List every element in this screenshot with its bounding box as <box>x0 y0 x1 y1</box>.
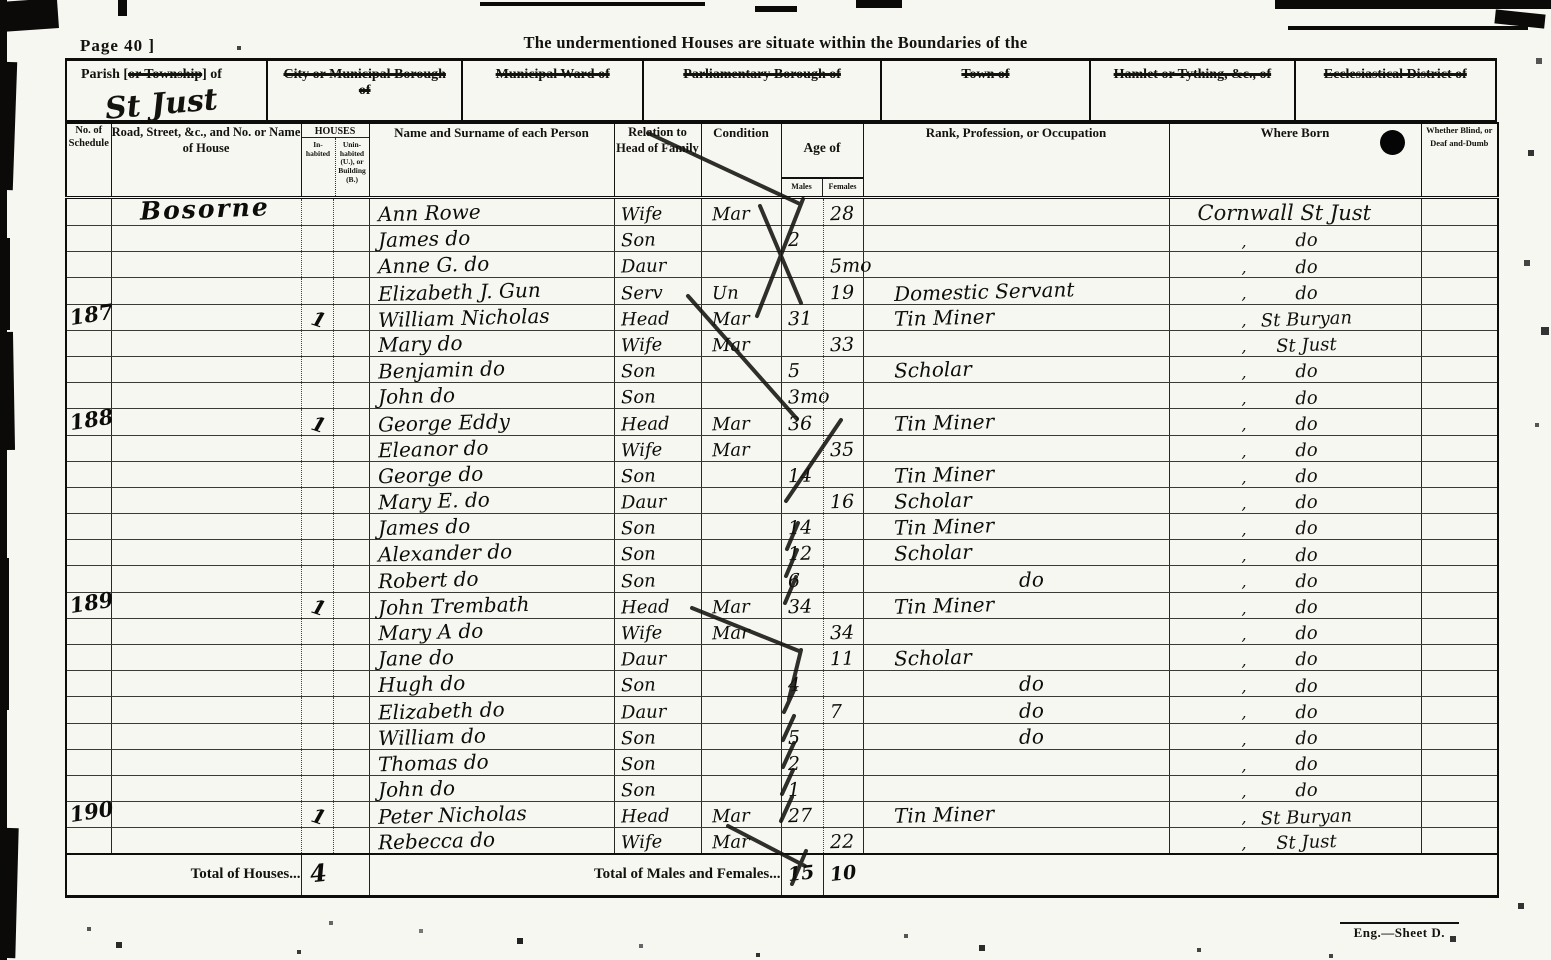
relation-text: Son <box>614 572 655 591</box>
schedule-cell <box>66 330 111 356</box>
inhabited-cell <box>301 749 333 775</box>
relation-text: Daur <box>614 493 666 512</box>
occupation-text: Scholar <box>863 542 971 565</box>
born-cell: ,do <box>1169 697 1421 723</box>
totals-empty-cell <box>66 854 111 896</box>
census-table: No. of Schedule Road, Street, &c., and N… <box>65 122 1499 898</box>
name-text: Benjamin do <box>369 358 504 382</box>
schedule-cell <box>66 514 111 540</box>
born-cell: ,St Buryan <box>1169 304 1421 330</box>
born-text: do <box>1246 413 1366 437</box>
relation-cell: Son <box>614 461 701 487</box>
uninhabited-cell <box>333 802 369 828</box>
born-text: St Just <box>1246 831 1366 855</box>
occupation-cell <box>863 775 1169 801</box>
condition-cell <box>701 723 781 749</box>
parliamentary-borough-label: Parliamentary Borough of <box>683 67 841 82</box>
born-text: do <box>1246 229 1366 253</box>
name-text: George do <box>369 463 483 486</box>
col-header-blind-deaf: Whether Blind, or Deaf and-Dumb <box>1421 123 1498 198</box>
col-header-condition: Condition <box>701 123 781 198</box>
blind-cell <box>1421 566 1498 592</box>
age-male-text: 36 <box>781 414 812 434</box>
occupation-cell <box>863 383 1169 409</box>
relation-text: Head <box>614 808 669 827</box>
uninhabited-cell <box>333 226 369 252</box>
blind-cell <box>1421 278 1498 304</box>
age-male-cell <box>781 252 823 278</box>
condition-cell <box>701 356 781 382</box>
born-text: do <box>1246 544 1366 568</box>
uninhabited-cell <box>333 330 369 356</box>
condition-cell: Mar <box>701 618 781 644</box>
occupation-cell: Tin Miner <box>863 592 1169 618</box>
road-cell <box>111 304 301 330</box>
blind-cell <box>1421 697 1498 723</box>
age-female-cell <box>823 409 863 435</box>
occupation-text: Tin Miner <box>863 411 994 434</box>
name-text: Elizabeth do <box>369 699 504 723</box>
occupation-text: do <box>988 569 1043 590</box>
table-row: John doSon1,do <box>66 775 1498 801</box>
age-female-cell <box>823 461 863 487</box>
condition-text: Mar <box>701 808 749 827</box>
age-female-cell: 19 <box>823 278 863 304</box>
born-cell: ,do <box>1169 487 1421 513</box>
scan-artifact <box>856 0 902 8</box>
uninhabited-cell <box>333 409 369 435</box>
col-header-schedule: No. of Schedule <box>66 123 111 198</box>
road-cell <box>111 356 301 382</box>
table-row: Elizabeth J. GunServUn19Domestic Servant… <box>66 278 1498 304</box>
parish-label-struck: or Township <box>128 67 202 82</box>
col-header-houses-group: HOUSES In-habited Unin-habited (U.), or … <box>301 123 369 198</box>
born-cell: ,do <box>1169 409 1421 435</box>
condition-text: Mar <box>701 205 749 224</box>
col-header-occupation: Rank, Profession, or Occupation <box>863 123 1169 198</box>
road-cell <box>111 540 301 566</box>
uninhabited-cell <box>333 383 369 409</box>
name-cell: George do <box>369 461 614 487</box>
born-cell: Cornwall St Just <box>1169 198 1421 226</box>
relation-text: Son <box>614 546 655 565</box>
inhabited-cell <box>301 252 333 278</box>
age-female-cell: 16 <box>823 487 863 513</box>
table-row: Thomas doSon2,do <box>66 749 1498 775</box>
table-row: Hugh doSon4do,do <box>66 671 1498 697</box>
census-sheet: Page 40 ] The undermentioned Houses are … <box>0 0 1551 960</box>
condition-cell <box>701 252 781 278</box>
born-cell: ,do <box>1169 540 1421 566</box>
uninhabited-cell <box>333 487 369 513</box>
relation-cell: Son <box>614 356 701 382</box>
occupation-text: Domestic Servant <box>863 279 1074 305</box>
age-male-text: 14 <box>781 519 812 539</box>
inhabited-cell: 1 <box>301 802 333 828</box>
scan-artifact <box>0 238 10 330</box>
occupation-cell: do <box>863 723 1169 749</box>
inhabited-cell <box>301 723 333 749</box>
inhabited-cell: 1 <box>301 304 333 330</box>
name-text: James do <box>369 228 470 251</box>
condition-cell <box>701 566 781 592</box>
relation-text: Daur <box>614 703 666 722</box>
schedule-text: 188 <box>65 405 115 433</box>
road-cell <box>111 409 301 435</box>
occupation-cell: Scholar <box>863 356 1169 382</box>
uninhabited-cell <box>333 304 369 330</box>
age-male-text: 1 <box>781 781 800 800</box>
table-row: John doSon3mo,do <box>66 383 1498 409</box>
condition-cell: Mar <box>701 828 781 854</box>
age-male-text: 27 <box>781 807 812 827</box>
relation-cell: Head <box>614 304 701 330</box>
relation-text: Son <box>614 782 655 801</box>
road-cell <box>111 435 301 461</box>
parliamentary-borough-cell: Parliamentary Borough of <box>642 61 879 120</box>
uninhabited-cell <box>333 356 369 382</box>
born-text: do <box>1246 386 1366 410</box>
name-cell: Mary E. do <box>369 487 614 513</box>
relation-cell: Head <box>614 802 701 828</box>
occupation-text: Tin Miner <box>863 516 994 539</box>
road-cell <box>111 697 301 723</box>
sheet-heading: The undermentioned Houses are situate wi… <box>0 33 1551 53</box>
age-female-cell <box>823 802 863 828</box>
census-rows: BosorneAnn RoweWifeMar28Cornwall St Just… <box>66 198 1498 855</box>
total-males-value: 15 <box>781 854 823 896</box>
schedule-cell: 190 <box>66 802 111 828</box>
condition-text: Mar <box>701 598 749 617</box>
born-cell: ,do <box>1169 252 1421 278</box>
occupation-cell: Domestic Servant <box>863 278 1169 304</box>
age-male-cell <box>781 435 823 461</box>
blind-cell <box>1421 749 1498 775</box>
blind-cell <box>1421 723 1498 749</box>
relation-cell: Daur <box>614 487 701 513</box>
born-cell: ,do <box>1169 356 1421 382</box>
occupation-cell: Scholar <box>863 487 1169 513</box>
born-cell: ,do <box>1169 775 1421 801</box>
age-male-text: 6 <box>781 571 800 590</box>
condition-cell <box>701 383 781 409</box>
age-male-cell <box>781 278 823 304</box>
condition-cell: Mar <box>701 409 781 435</box>
schedule-cell <box>66 461 111 487</box>
blind-cell <box>1421 828 1498 854</box>
table-row: William doSon5do,do <box>66 723 1498 749</box>
road-cell <box>111 723 301 749</box>
inhabited-cell <box>301 697 333 723</box>
schedule-text: 189 <box>65 588 115 616</box>
age-male-cell <box>781 487 823 513</box>
occupation-text: do <box>988 674 1043 695</box>
relation-cell: Serv <box>614 278 701 304</box>
road-cell <box>111 383 301 409</box>
relation-cell: Son <box>614 566 701 592</box>
inhabited-cell <box>301 540 333 566</box>
name-text: James do <box>369 516 470 539</box>
schedule-cell <box>66 435 111 461</box>
age-female-text: 22 <box>823 833 854 853</box>
age-male-cell: 14 <box>781 461 823 487</box>
condition-text: Mar <box>701 415 749 434</box>
name-text: Hugh do <box>369 673 465 695</box>
name-cell: Elizabeth do <box>369 697 614 723</box>
totals-empty-cell <box>1169 854 1421 896</box>
name-text: George Eddy <box>369 411 509 435</box>
occupation-cell: Tin Miner <box>863 461 1169 487</box>
born-cell: ,do <box>1169 671 1421 697</box>
schedule-cell <box>66 252 111 278</box>
column-headers: No. of Schedule Road, Street, &c., and N… <box>66 123 1498 198</box>
road-cell <box>111 618 301 644</box>
uninhabited-cell <box>333 671 369 697</box>
name-cell: Peter Nicholas <box>369 802 614 828</box>
age-female-text: 7 <box>823 702 842 721</box>
road-cell <box>111 514 301 540</box>
age-male-cell: 1 <box>781 775 823 801</box>
town-label: Town of <box>961 67 1009 82</box>
blind-cell <box>1421 592 1498 618</box>
age-male-cell: 27 <box>781 802 823 828</box>
blind-cell <box>1421 304 1498 330</box>
born-text: do <box>1246 675 1366 699</box>
inhabited-text: 1 <box>299 409 328 435</box>
road-cell <box>111 278 301 304</box>
age-female-cell <box>823 775 863 801</box>
table-row: Eleanor doWifeMar35,do <box>66 435 1498 461</box>
relation-cell: Wife <box>614 330 701 356</box>
relation-text: Wife <box>614 205 662 224</box>
age-female-cell: 5mo <box>823 252 863 278</box>
born-text: do <box>1246 622 1366 646</box>
road-cell <box>111 828 301 854</box>
name-cell: Thomas do <box>369 749 614 775</box>
road-cell <box>111 802 301 828</box>
inhabited-cell <box>301 828 333 854</box>
age-female-cell <box>823 749 863 775</box>
relation-cell: Son <box>614 723 701 749</box>
table-row: Alexander doSon12Scholar,do <box>66 540 1498 566</box>
born-cell: ,St Just <box>1169 330 1421 356</box>
uninhabited-cell <box>333 592 369 618</box>
uninhabited-cell <box>333 198 369 226</box>
blind-cell <box>1421 409 1498 435</box>
table-row: Anne G. doDaur5mo,do <box>66 252 1498 278</box>
born-cell: ,do <box>1169 618 1421 644</box>
schedule-cell <box>66 198 111 226</box>
scan-artifact <box>1275 0 1551 9</box>
table-row: 1891John TrembathHeadMar34Tin Miner,do <box>66 592 1498 618</box>
age-male-cell: 36 <box>781 409 823 435</box>
occupation-cell: do <box>863 697 1169 723</box>
boundary-header: Parish [or Township] of St Just City or … <box>65 58 1497 122</box>
road-cell <box>111 330 301 356</box>
age-female-cell <box>823 304 863 330</box>
condition-cell <box>701 514 781 540</box>
age-male-cell <box>781 697 823 723</box>
relation-text: Son <box>614 363 655 382</box>
age-male-cell: 4 <box>781 671 823 697</box>
blind-cell <box>1421 330 1498 356</box>
age-male-text: 14 <box>781 466 812 486</box>
relation-cell: Son <box>614 540 701 566</box>
road-cell <box>111 775 301 801</box>
name-text: Eleanor do <box>369 437 488 460</box>
relation-cell: Daur <box>614 252 701 278</box>
uninhabited-cell <box>333 697 369 723</box>
age-female-text: 28 <box>823 205 854 225</box>
inhabited-cell <box>301 566 333 592</box>
condition-cell: Mar <box>701 304 781 330</box>
schedule-cell: 187 <box>66 304 111 330</box>
name-text: John do <box>369 385 455 407</box>
condition-text: Mar <box>701 624 749 643</box>
uninhabited-cell <box>333 618 369 644</box>
relation-cell: Wife <box>614 828 701 854</box>
scan-artifact <box>0 828 19 958</box>
occupation-cell: do <box>863 566 1169 592</box>
age-male-cell: 2 <box>781 226 823 252</box>
name-cell: John do <box>369 775 614 801</box>
uninhabited-cell <box>333 828 369 854</box>
uninhabited-cell <box>333 514 369 540</box>
relation-text: Wife <box>614 441 662 460</box>
blind-cell <box>1421 514 1498 540</box>
condition-text: Un <box>701 284 738 303</box>
name-text: Mary A do <box>369 621 483 644</box>
condition-text: Mar <box>701 336 749 355</box>
condition-cell: Mar <box>701 198 781 226</box>
inhabited-cell <box>301 278 333 304</box>
scan-artifact <box>480 2 705 6</box>
total-females-value: 10 <box>823 854 863 896</box>
age-male-text: 2 <box>781 755 800 774</box>
schedule-cell <box>66 356 111 382</box>
houses-group-label: HOUSES <box>302 124 369 138</box>
relation-cell: Son <box>614 383 701 409</box>
name-cell: John do <box>369 383 614 409</box>
blind-cell <box>1421 487 1498 513</box>
road-cell <box>111 749 301 775</box>
born-text: do <box>1246 465 1366 489</box>
relation-text: Son <box>614 389 655 408</box>
name-cell: Jane do <box>369 645 614 671</box>
age-male-text: 5 <box>781 362 800 381</box>
age-male-text: 4 <box>781 676 800 695</box>
relation-cell: Daur <box>614 697 701 723</box>
age-female-text: 16 <box>823 493 854 513</box>
occupation-text: do <box>988 700 1043 721</box>
age-female-text: 11 <box>823 650 854 670</box>
age-female-cell <box>823 671 863 697</box>
name-cell: George Eddy <box>369 409 614 435</box>
relation-text: Head <box>614 310 669 329</box>
name-cell: Benjamin do <box>369 356 614 382</box>
born-cell: ,do <box>1169 645 1421 671</box>
table-row: 1901Peter NicholasHeadMar27Tin Miner,St … <box>66 802 1498 828</box>
road-text: Bosorne <box>111 194 270 224</box>
totals-empty-cell <box>1421 854 1498 896</box>
relation-cell: Son <box>614 226 701 252</box>
condition-text: Mar <box>701 441 749 460</box>
schedule-cell <box>66 723 111 749</box>
condition-cell <box>701 645 781 671</box>
name-text: Anne G. do <box>369 254 489 277</box>
table-row: Mary A doWifeMar34,do <box>66 618 1498 644</box>
town-cell: Town of <box>880 61 1089 120</box>
parish-cell: Parish [or Township] of St Just <box>67 61 266 120</box>
age-male-cell: 3mo <box>781 383 823 409</box>
schedule-cell <box>66 540 111 566</box>
inhabited-cell <box>301 618 333 644</box>
occupation-text: Tin Miner <box>863 463 994 486</box>
born-text: do <box>1246 701 1366 725</box>
col-header-where-born: Where Born <box>1169 123 1421 198</box>
uninhabited-cell <box>333 645 369 671</box>
age-female-cell: 22 <box>823 828 863 854</box>
name-text: Ann Rowe <box>369 202 480 225</box>
blind-cell <box>1421 618 1498 644</box>
total-houses-label: Total of Houses... <box>111 854 301 896</box>
inhabited-cell <box>301 356 333 382</box>
condition-cell: Mar <box>701 592 781 618</box>
name-text: John do <box>369 778 455 800</box>
inhabited-cell <box>301 514 333 540</box>
uninhabited-cell <box>333 749 369 775</box>
condition-cell <box>701 461 781 487</box>
born-text: do <box>1246 648 1366 672</box>
col-header-uninhabited: Unin-habited (U.), or Building (B.) <box>335 138 369 196</box>
road-cell <box>111 487 301 513</box>
totals-row: Total of Houses... 4 Total of Males and … <box>66 854 1498 896</box>
road-cell <box>111 566 301 592</box>
scan-artifact <box>118 0 127 16</box>
relation-cell: Head <box>614 409 701 435</box>
age-female-text: 19 <box>823 283 854 303</box>
schedule-cell: 189 <box>66 592 111 618</box>
name-text: Mary E. do <box>369 489 489 512</box>
relation-cell: Wife <box>614 435 701 461</box>
born-cell: ,do <box>1169 723 1421 749</box>
road-cell <box>111 461 301 487</box>
inhabited-text: 1 <box>299 305 328 331</box>
name-text: Alexander do <box>369 542 512 566</box>
name-cell: Anne G. do <box>369 252 614 278</box>
blind-cell <box>1421 383 1498 409</box>
occupation-cell <box>863 828 1169 854</box>
municipal-ward-label: Municipal Ward of <box>496 67 610 82</box>
inhabited-cell <box>301 671 333 697</box>
relation-cell: Daur <box>614 645 701 671</box>
born-cell: ,do <box>1169 226 1421 252</box>
born-text: St Buryan <box>1246 805 1366 829</box>
road-cell <box>111 252 301 278</box>
totals-empty-cell <box>863 854 1169 896</box>
relation-text: Daur <box>614 651 666 670</box>
name-cell: John Trembath <box>369 592 614 618</box>
table-row: Elizabeth doDaur7do,do <box>66 697 1498 723</box>
occupation-cell: Tin Miner <box>863 802 1169 828</box>
road-cell <box>111 645 301 671</box>
ecclesiastical-district-cell: Ecclesiastical District of <box>1294 61 1495 120</box>
inhabited-cell: 1 <box>301 409 333 435</box>
condition-cell <box>701 775 781 801</box>
table-row: 1881George EddyHeadMar36Tin Miner,do <box>66 409 1498 435</box>
col-header-males: Males <box>782 179 822 196</box>
inhabited-cell <box>301 383 333 409</box>
